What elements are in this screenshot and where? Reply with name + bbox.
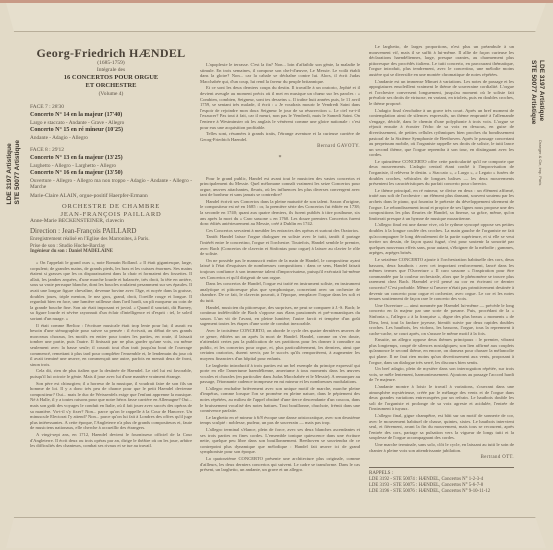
- paragraph: L'adagio final s'enchaîne à un grave trè…: [369, 108, 514, 158]
- paragraph: L'andante montre à loisir le travail à v…: [369, 384, 514, 412]
- album-title-line2: ET ORCHESTRE: [30, 82, 192, 90]
- catalog-number-mono: LDE 3197 Artistique: [537, 60, 545, 124]
- conductor-credit: Direction : Jean-François PAILLARD: [30, 227, 192, 236]
- paragraph: La quatorzième CONCERTO présente une arc…: [200, 456, 360, 473]
- paragraph: Dans les concertos de Handel, l'orgue es…: [200, 281, 360, 303]
- paragraph: On ne possède pas le manuscrit entier de…: [200, 258, 360, 280]
- concerto-title: Concerto N° 15 en ré mineur (10'25): [30, 127, 192, 135]
- paragraph: Ces Concertos servaient à meubler les en…: [200, 228, 360, 234]
- sound-engineer: Ingénieur du son : Daniel MADELAINE: [30, 249, 192, 255]
- concerto-title: Concerto N° 14 en la majeur (17'40): [30, 112, 192, 120]
- paragraph: L'allegro terminal s'élance, plein de fo…: [200, 427, 360, 455]
- concerto-movements: Larghetto - Allegro - Larghetto - Allegr…: [30, 163, 192, 170]
- paragraph: Le larghetto, de larges proportions, n'e…: [369, 44, 514, 78]
- concerto-movements: Andante - Adagio - Allegro: [30, 135, 192, 142]
- composer-dates: (1685-1759): [30, 60, 192, 67]
- catalog-number-stereo: STE 50077 Artistique: [14, 140, 22, 204]
- rappels-item: LDE 3196 - STE 50076 : HÆNDEL, Concertos…: [369, 489, 514, 495]
- face-7: FACE 7 : 28'30 Concerto N° 14 en la maje…: [30, 104, 192, 141]
- concerto-title: Concerto N° 13 en fa majeur (13'25): [30, 155, 192, 163]
- author-signature: Bernard GAVOTY.: [200, 144, 360, 150]
- spine-catalog-right: LDE 3197 Artistique STE 50077 Artistique: [529, 60, 545, 124]
- paragraph: Et ce sont les deux derniers coups du de…: [200, 85, 360, 130]
- record-sleeve-back: LDE 3197 Artistique STE 50077 Artistique…: [0, 0, 553, 550]
- integrale-label: Intégrale des: [30, 67, 192, 74]
- paragraph: L'allegro final est une danse vive, où l…: [369, 222, 514, 256]
- paragraph: L'allegro enchaîne brièvement avec son u…: [200, 386, 360, 414]
- paragraph: Il était comme Berlioz : l'écriture musi…: [30, 323, 192, 368]
- paragraph: Handel, musicien du pittoresque, des sur…: [200, 305, 360, 327]
- paragraph: L'andante est un immense Minuet à variat…: [369, 79, 514, 107]
- sleeve-top-edge: [0, 0, 553, 3]
- paragraph: Son père est chirurgien; il a horreur de…: [30, 381, 192, 431]
- concerto-title: Concerto N° 16 en fa majeur (13'50): [30, 170, 192, 178]
- sleeve-bottom-flap: [6, 517, 546, 548]
- paragraph: Une marche terminale, sans solo, clôt le…: [369, 442, 514, 453]
- spine-catalog-left: LDE 3197 Artistique STE 50077 Artistique: [6, 140, 22, 204]
- paragraph: Un bref adagio, plein de mystère dans so…: [369, 366, 514, 383]
- paragraph: Handel écrivit ses Concertos dans la ple…: [200, 199, 360, 227]
- author-signature: Bertrand OTT.: [369, 455, 514, 461]
- section-separator: *: [200, 156, 360, 162]
- paragraph: Telles sont, résumées à grands traits, l…: [200, 131, 360, 142]
- paragraph: « On l'appelait le grand ours », note Ro…: [30, 260, 192, 322]
- face-8: FACE 8 : 29'12 Concerto N° 13 en fa maje…: [30, 147, 192, 191]
- printer-credit: Draeger & Cie, imp. Paris: [538, 140, 543, 185]
- paragraph: Ensuite, un allegro oppose deux thèmes p…: [369, 337, 514, 365]
- paragraph: Le thème principal, en ré mineur, se div…: [369, 188, 514, 222]
- paragraph: Le quinzième CONCERTO offre cette partic…: [369, 159, 514, 187]
- column-essay: L'apoplexie le terrasse. C'est la fin? N…: [200, 36, 360, 474]
- paragraph: A vingt-sept ans, en 1712, Haendel devie…: [30, 432, 192, 449]
- essay-analysis: Pour le grand public, Handel est avant t…: [200, 176, 360, 473]
- paragraph: Le seizième CONCERTO ajoute à l'orchestr…: [369, 257, 514, 302]
- orchestra-line1: ORCHESTRE DE CHAMBRE: [30, 203, 192, 211]
- rappels-section: RAPPELS : LDE 3192 - STE 50074 : HÆNDEL,…: [369, 471, 514, 495]
- divider: [369, 467, 514, 468]
- paragraph: L'allegro final, gigue champêtre, est bâ…: [369, 413, 514, 441]
- concerto-movements: Ouverture - Allegro - Allegro ma non tro…: [30, 178, 192, 191]
- album-title-line1: 16 CONCERTOS POUR ORGUE: [30, 74, 192, 82]
- essay-biography-continued: L'apoplexie le terrasse. C'est la fin? N…: [200, 62, 360, 142]
- face-label: FACE 8 : 29'12: [30, 147, 192, 154]
- column-notes: Le larghetto, de larges proportions, n'e…: [369, 36, 514, 495]
- harpsichord-credit: Anne-Marie BECKENSTEINER, clavecin: [30, 218, 192, 225]
- paragraph: Le larghetto introductif à trois parties…: [200, 363, 360, 385]
- paragraph: Tantôt Handel laisse l'orgue dialoguer e…: [200, 234, 360, 256]
- essay-concerto-notes: Le larghetto, de larges proportions, n'e…: [369, 44, 514, 453]
- paragraph: Le larghetto en ré mineur à 6/8 évoque u…: [200, 415, 360, 426]
- soloist-credit: Marie-Claire ALAIN, orgue-positif Haerpf…: [30, 193, 192, 200]
- volume-label: (Volume 4): [30, 90, 192, 98]
- essay-biography: « On l'appelait le grand ours », note Ro…: [30, 260, 192, 449]
- composer-name: Georg-Friedrich HÆNDEL: [30, 46, 192, 60]
- face-label: FACE 7 : 28'30: [30, 104, 192, 111]
- orchestra-line2: JEAN-FRANÇOIS PAILLARD: [30, 211, 192, 219]
- sleeve-top-flap: [6, 3, 546, 32]
- paragraph: Pour le grand public, Handel est avant t…: [200, 176, 360, 198]
- paragraph: Une Ouverture — ainsi nommée par Haendel…: [369, 303, 514, 337]
- column-program: Georg-Friedrich HÆNDEL (1685-1759) Intég…: [30, 36, 192, 450]
- concerto-movements: Largo e staccato - Andante - Grave - All…: [30, 120, 192, 127]
- paragraph: Avec le troisième CONCERTO, on aborde le…: [200, 328, 360, 362]
- paragraph: Cela dit, rien de plus italien que la de…: [30, 368, 192, 379]
- catalog-number-stereo: STE 50077 Artistique: [529, 60, 537, 124]
- catalog-number-mono: LDE 3197 Artistique: [6, 140, 14, 204]
- paragraph: L'apoplexie le terrasse. C'est la fin? N…: [200, 62, 360, 84]
